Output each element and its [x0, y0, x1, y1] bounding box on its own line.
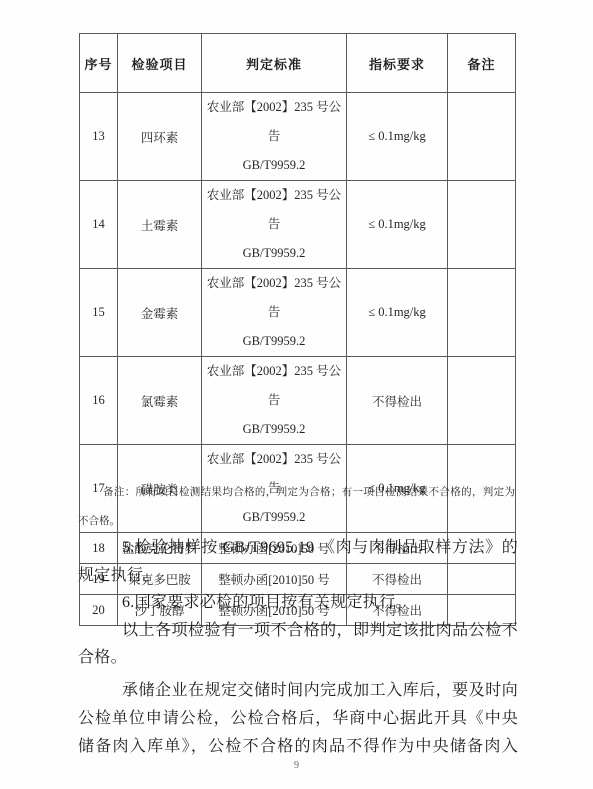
header-indicator-requirement: 指标要求 [347, 34, 448, 93]
footnote-line: 不合格。 [78, 508, 515, 537]
standard-line-1: 农业部【2002】235 号公告 [202, 357, 346, 415]
table-row: 14 土霉素 农业部【2002】235 号公告 GB/T9959.2 ≤ 0.1… [80, 181, 516, 269]
paragraph-line: 6.国家要求必检的项目按有关规定执行。 [78, 589, 518, 617]
cell-remarks [448, 93, 516, 181]
paragraph-line: 以上各项检验有一项不合格的，即判定该批肉品公检不 [78, 617, 518, 645]
table-header-row: 序号 检验项目 判定标准 指标要求 备注 [80, 34, 516, 93]
cell-inspection-item: 土霉素 [118, 181, 202, 269]
paragraph-line: 规定执行。 [78, 562, 518, 590]
cell-serial-number: 16 [80, 357, 118, 445]
table-row: 15 金霉素 农业部【2002】235 号公告 GB/T9959.2 ≤ 0.1… [80, 269, 516, 357]
cell-indicator-requirement: ≤ 0.1mg/kg [347, 181, 448, 269]
table-row: 16 氯霉素 农业部【2002】235 号公告 GB/T9959.2 不得检出 [80, 357, 516, 445]
cell-serial-number: 15 [80, 269, 118, 357]
standard-line-2: GB/T9959.2 [202, 415, 346, 444]
cell-serial-number: 13 [80, 93, 118, 181]
cell-inspection-item: 金霉素 [118, 269, 202, 357]
standard-line-1: 农业部【2002】235 号公告 [202, 93, 346, 151]
header-judgment-standard: 判定标准 [202, 34, 347, 93]
header-remarks: 备注 [448, 34, 516, 93]
paragraph-line: 5.检验抽样按 GB/T9695.19 《肉与肉制品取样方法》的 [78, 534, 518, 562]
cell-judgment-standard: 农业部【2002】235 号公告 GB/T9959.2 [202, 269, 347, 357]
table-footnote: 备注：所有项目检测结果均合格的，判定为合格；有一项目检测结果不合格的，判定为 不… [78, 479, 515, 536]
standard-line-2: GB/T9959.2 [202, 327, 346, 356]
standard-line-2: GB/T9959.2 [202, 239, 346, 268]
standard-line-1: 农业部【2002】235 号公告 [202, 269, 346, 327]
cell-indicator-requirement: 不得检出 [347, 357, 448, 445]
paragraph-line: 合格。 [78, 644, 518, 672]
cell-judgment-standard: 农业部【2002】235 号公告 GB/T9959.2 [202, 93, 347, 181]
header-inspection-item: 检验项目 [118, 34, 202, 93]
cell-judgment-standard: 农业部【2002】235 号公告 GB/T9959.2 [202, 181, 347, 269]
paragraph-line: 承储企业在规定交储时间内完成加工入库后，要及时向 [78, 677, 518, 705]
cell-remarks [448, 357, 516, 445]
table-header: 序号 检验项目 判定标准 指标要求 备注 [80, 34, 516, 93]
cell-indicator-requirement: ≤ 0.1mg/kg [347, 93, 448, 181]
paragraph-line: 储备肉入库单》，公检不合格的肉品不得作为中央储备肉入 [78, 733, 518, 761]
cell-judgment-standard: 农业部【2002】235 号公告 GB/T9959.2 [202, 357, 347, 445]
document-page: 序号 检验项目 判定标准 指标要求 备注 13 四环素 农业部【2002】235… [0, 0, 593, 789]
cell-serial-number: 14 [80, 181, 118, 269]
body-paragraphs-lower: 承储企业在规定交储时间内完成加工入库后，要及时向 公检单位申请公检，公检合格后，… [78, 677, 518, 761]
page-number: 9 [0, 760, 593, 771]
header-serial-number: 序号 [80, 34, 118, 93]
cell-inspection-item: 氯霉素 [118, 357, 202, 445]
cell-inspection-item: 四环素 [118, 93, 202, 181]
table-row: 13 四环素 农业部【2002】235 号公告 GB/T9959.2 ≤ 0.1… [80, 93, 516, 181]
footnote-line: 备注：所有项目检测结果均合格的，判定为合格；有一项目检测结果不合格的，判定为 [78, 479, 515, 508]
standard-line-1: 农业部【2002】235 号公告 [202, 181, 346, 239]
body-paragraphs-upper: 5.检验抽样按 GB/T9695.19 《肉与肉制品取样方法》的 规定执行。 6… [78, 534, 518, 672]
paragraph-line: 公检单位申请公检，公检合格后，华商中心据此开具《中央 [78, 705, 518, 733]
cell-remarks [448, 269, 516, 357]
cell-remarks [448, 181, 516, 269]
cell-indicator-requirement: ≤ 0.1mg/kg [347, 269, 448, 357]
standard-line-2: GB/T9959.2 [202, 151, 346, 180]
